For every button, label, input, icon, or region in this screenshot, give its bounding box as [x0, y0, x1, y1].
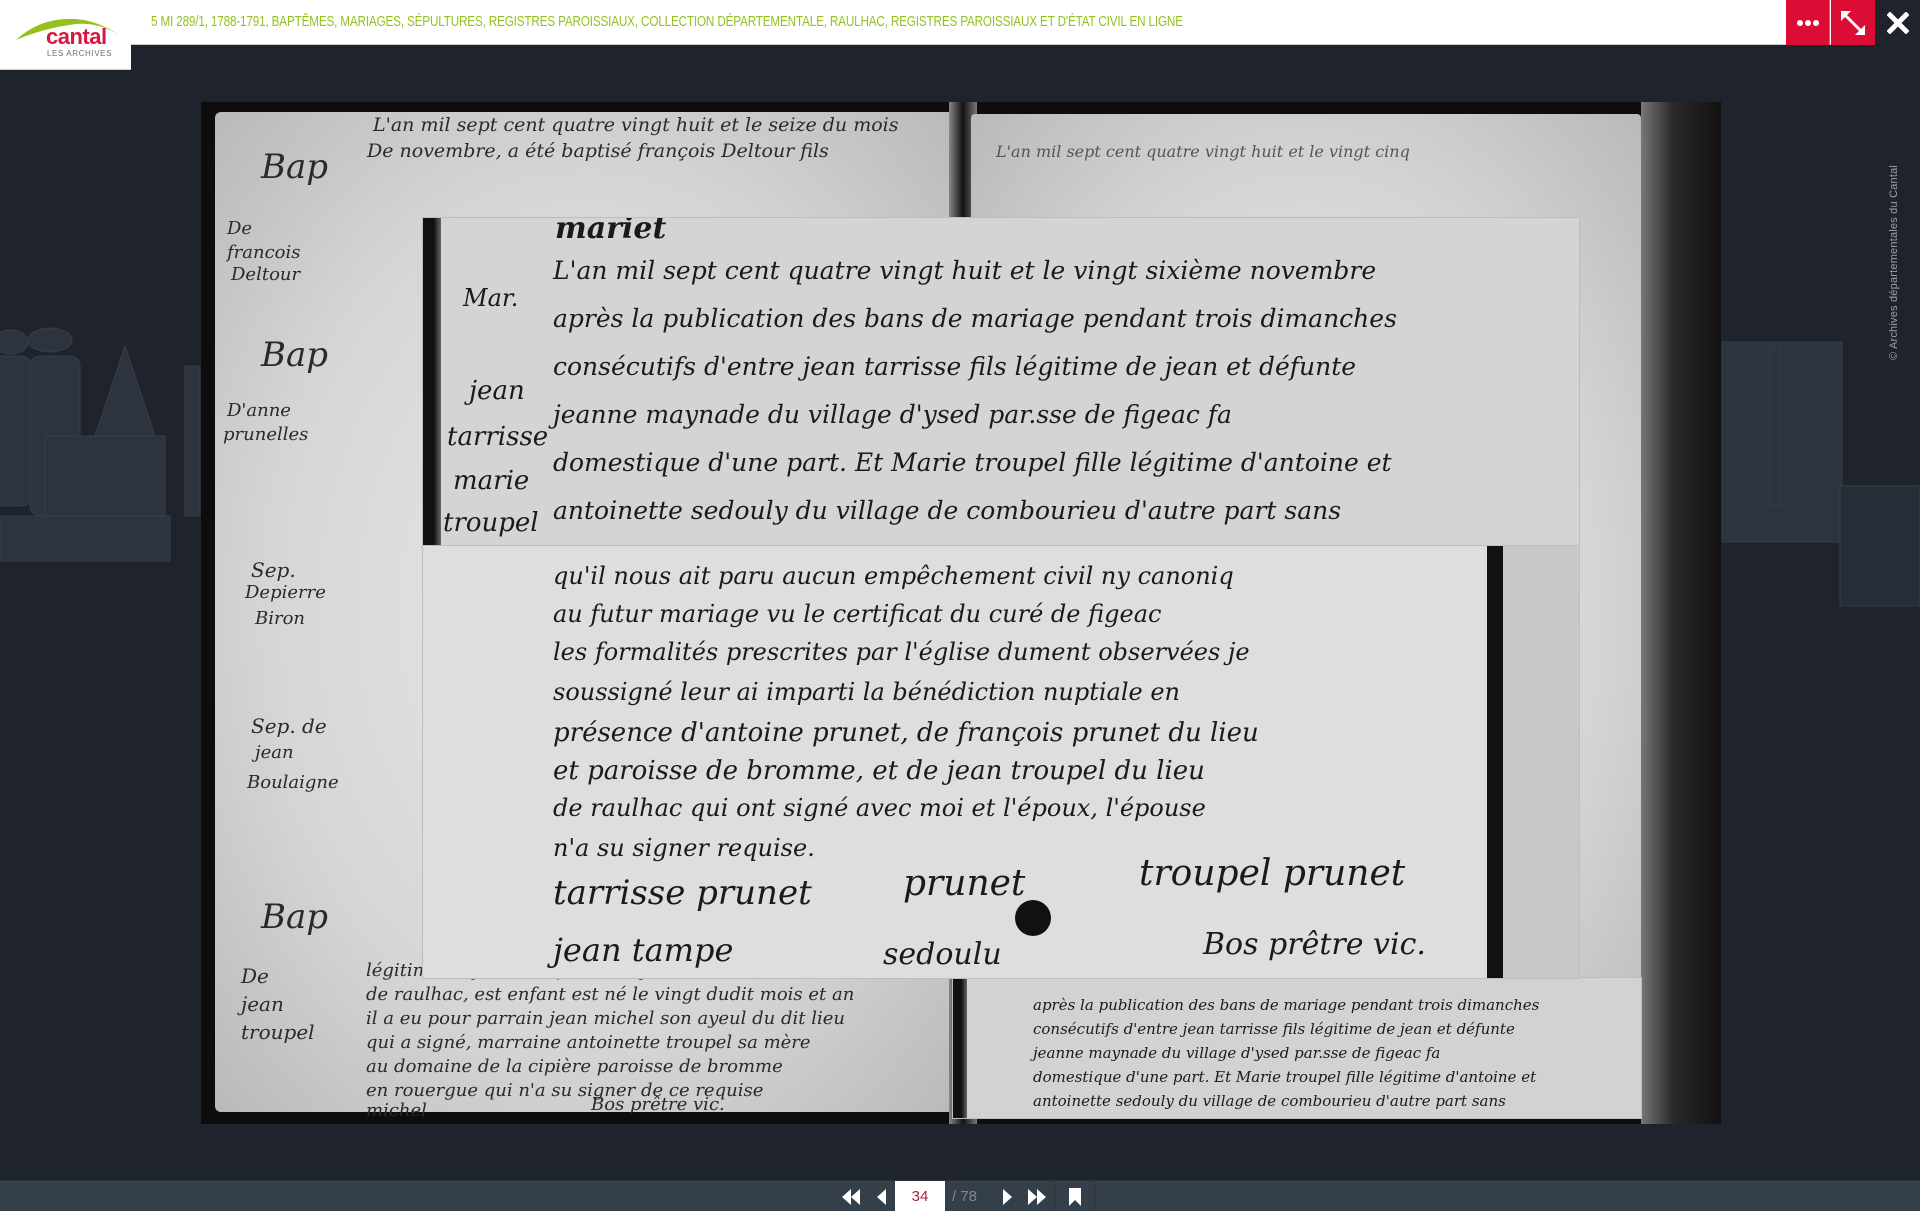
margin-note: Depierre	[245, 584, 326, 602]
previous-page-button[interactable]	[870, 1181, 892, 1211]
ink-blot	[1015, 900, 1051, 936]
inset-line: antoinette sedouly du village de combour…	[553, 498, 1341, 523]
margin-note: Biron	[255, 610, 305, 628]
logo-wordmark: cantal	[46, 26, 107, 48]
handwriting-line: qui a signé, marraine antoinette troupel…	[366, 1034, 811, 1052]
inset-line: consécutifs d'entre jean tarrisse fils l…	[553, 354, 1356, 379]
document-scan-image[interactable]: Bap De francois Deltour Bap D'anne prune…	[201, 102, 1721, 1124]
bookmark-icon	[1068, 1187, 1082, 1207]
bookmark-button[interactable]	[1060, 1181, 1090, 1211]
previous-page-icon	[875, 1188, 887, 1206]
fullscreen-button[interactable]	[1831, 0, 1875, 45]
inset-line: de raulhac qui ont signé avec moi et l'é…	[553, 796, 1206, 820]
inset-margin-note: marie	[453, 468, 529, 494]
margin-note: Boulaigne	[247, 774, 339, 792]
more-options-button[interactable]	[1786, 0, 1830, 45]
margin-note: De	[227, 220, 252, 238]
inset-margin-note: Mar.	[463, 286, 518, 310]
inset-line: n'a su signer requise.	[553, 836, 815, 860]
margin-note: jean	[255, 744, 294, 762]
handwriting-line: de raulhac, est enfant est né le vingt d…	[366, 986, 854, 1004]
close-viewer-button[interactable]	[1875, 0, 1920, 45]
inset-line: au futur mariage vu le certificat du cur…	[553, 602, 1161, 626]
inset-line: et paroisse de bromme, et de jean troupe…	[553, 758, 1205, 784]
copyright-notice: © Archives départementales du Cantal	[1888, 165, 1900, 360]
signature: Bos prêtre vic.	[591, 1096, 725, 1114]
margin-note: Bap	[261, 150, 328, 184]
close-x-icon	[1887, 12, 1909, 34]
entry-heading: mariet	[555, 218, 666, 244]
overlay-inset-top: mariet Mar. jean tarrisse marie troupel …	[423, 218, 1579, 546]
inset-line: après la publication des bans de mariage…	[553, 306, 1397, 331]
inset-line: L'an mil sept cent quatre vingt huit et …	[553, 258, 1376, 283]
signature: troupel prunet	[1139, 856, 1405, 892]
pagination-bar: / 78	[0, 1180, 1920, 1211]
margin-note: francois	[227, 244, 301, 262]
margin-note: jean	[241, 994, 284, 1014]
next-page-button[interactable]	[997, 1181, 1019, 1211]
inset-line: les formalités prescrites par l'église d…	[553, 640, 1250, 664]
last-page-icon	[1026, 1188, 1048, 1206]
margin-note: D'anne	[227, 402, 291, 420]
margin-note: Sep.	[251, 560, 296, 580]
next-page-icon	[1002, 1188, 1014, 1206]
margin-note: Bap	[261, 900, 328, 934]
more-dots-icon	[1796, 19, 1820, 27]
handwriting-line: au domaine de la cipière paroisse de bro…	[366, 1058, 783, 1076]
margin-note: prunelles	[223, 426, 308, 444]
margin-note: Bap	[261, 338, 328, 372]
page-total-label: / 78	[952, 1188, 977, 1205]
first-page-button[interactable]	[836, 1181, 866, 1211]
inset-line: jeanne maynade du village d'ysed par.sse…	[553, 402, 1232, 427]
last-page-button[interactable]	[1022, 1181, 1052, 1211]
margin-note: De	[241, 966, 269, 986]
inset-line: domestique d'une part. Et Marie troupel …	[553, 450, 1392, 475]
inset-line: qu'il nous ait paru aucun empêchement ci…	[553, 564, 1234, 588]
viewer-stage: © Archives départementales du Cantal Bap…	[0, 46, 1920, 1180]
nav-divider	[1094, 1181, 1095, 1211]
inset-line: présence d'antoine prunet, de françois p…	[553, 720, 1259, 746]
inset-line: soussigné leur ai imparti la bénédiction…	[553, 680, 1180, 704]
expand-arrows-icon	[1839, 9, 1867, 37]
current-page-input[interactable]	[895, 1181, 945, 1211]
handwriting-line: De novembre, a été baptisé françois Delt…	[367, 142, 829, 161]
signature: sedoulu	[883, 940, 1002, 970]
margin-note: Sep. de	[251, 716, 327, 736]
signature: tarrisse prunet	[553, 876, 812, 910]
handwriting-line: L'an mil sept cent quatre vingt huit et …	[996, 144, 1410, 160]
overlay-inset-middle: qu'il nous ait paru aucun empêchement ci…	[423, 546, 1579, 978]
inset-margin-note: troupel	[443, 510, 539, 536]
first-page-icon	[840, 1188, 862, 1206]
overlay-fragment-bottom: après la publication des bans de mariage…	[953, 978, 1641, 1118]
margin-note: Deltour	[231, 266, 300, 284]
page-edge	[1641, 102, 1721, 1124]
logo-subtitle: LES ARCHIVES	[47, 49, 112, 58]
cantal-logo[interactable]: cantal LES ARCHIVES	[0, 0, 131, 70]
handwriting-line: L'an mil sept cent quatre vingt huit et …	[373, 116, 899, 135]
signature: prunet	[903, 866, 1025, 902]
signature: jean tampe	[553, 934, 733, 966]
inset-margin-note: jean	[469, 378, 525, 404]
header-bar: 5 MI 289/1, 1788-1791, BAPTÊMES, MARIAGE…	[0, 0, 1920, 45]
nav-divider	[1054, 1181, 1055, 1211]
margin-note: troupel	[241, 1022, 315, 1042]
inset-margin-note: tarrisse	[447, 424, 548, 450]
signature: Bos prêtre vic.	[1203, 930, 1426, 960]
signature: michel	[366, 1102, 427, 1120]
handwriting-line: il a eu pour parrain jean michel son aye…	[366, 1010, 845, 1028]
document-title: 5 MI 289/1, 1788-1791, BAPTÊMES, MARIAGE…	[151, 13, 1183, 31]
